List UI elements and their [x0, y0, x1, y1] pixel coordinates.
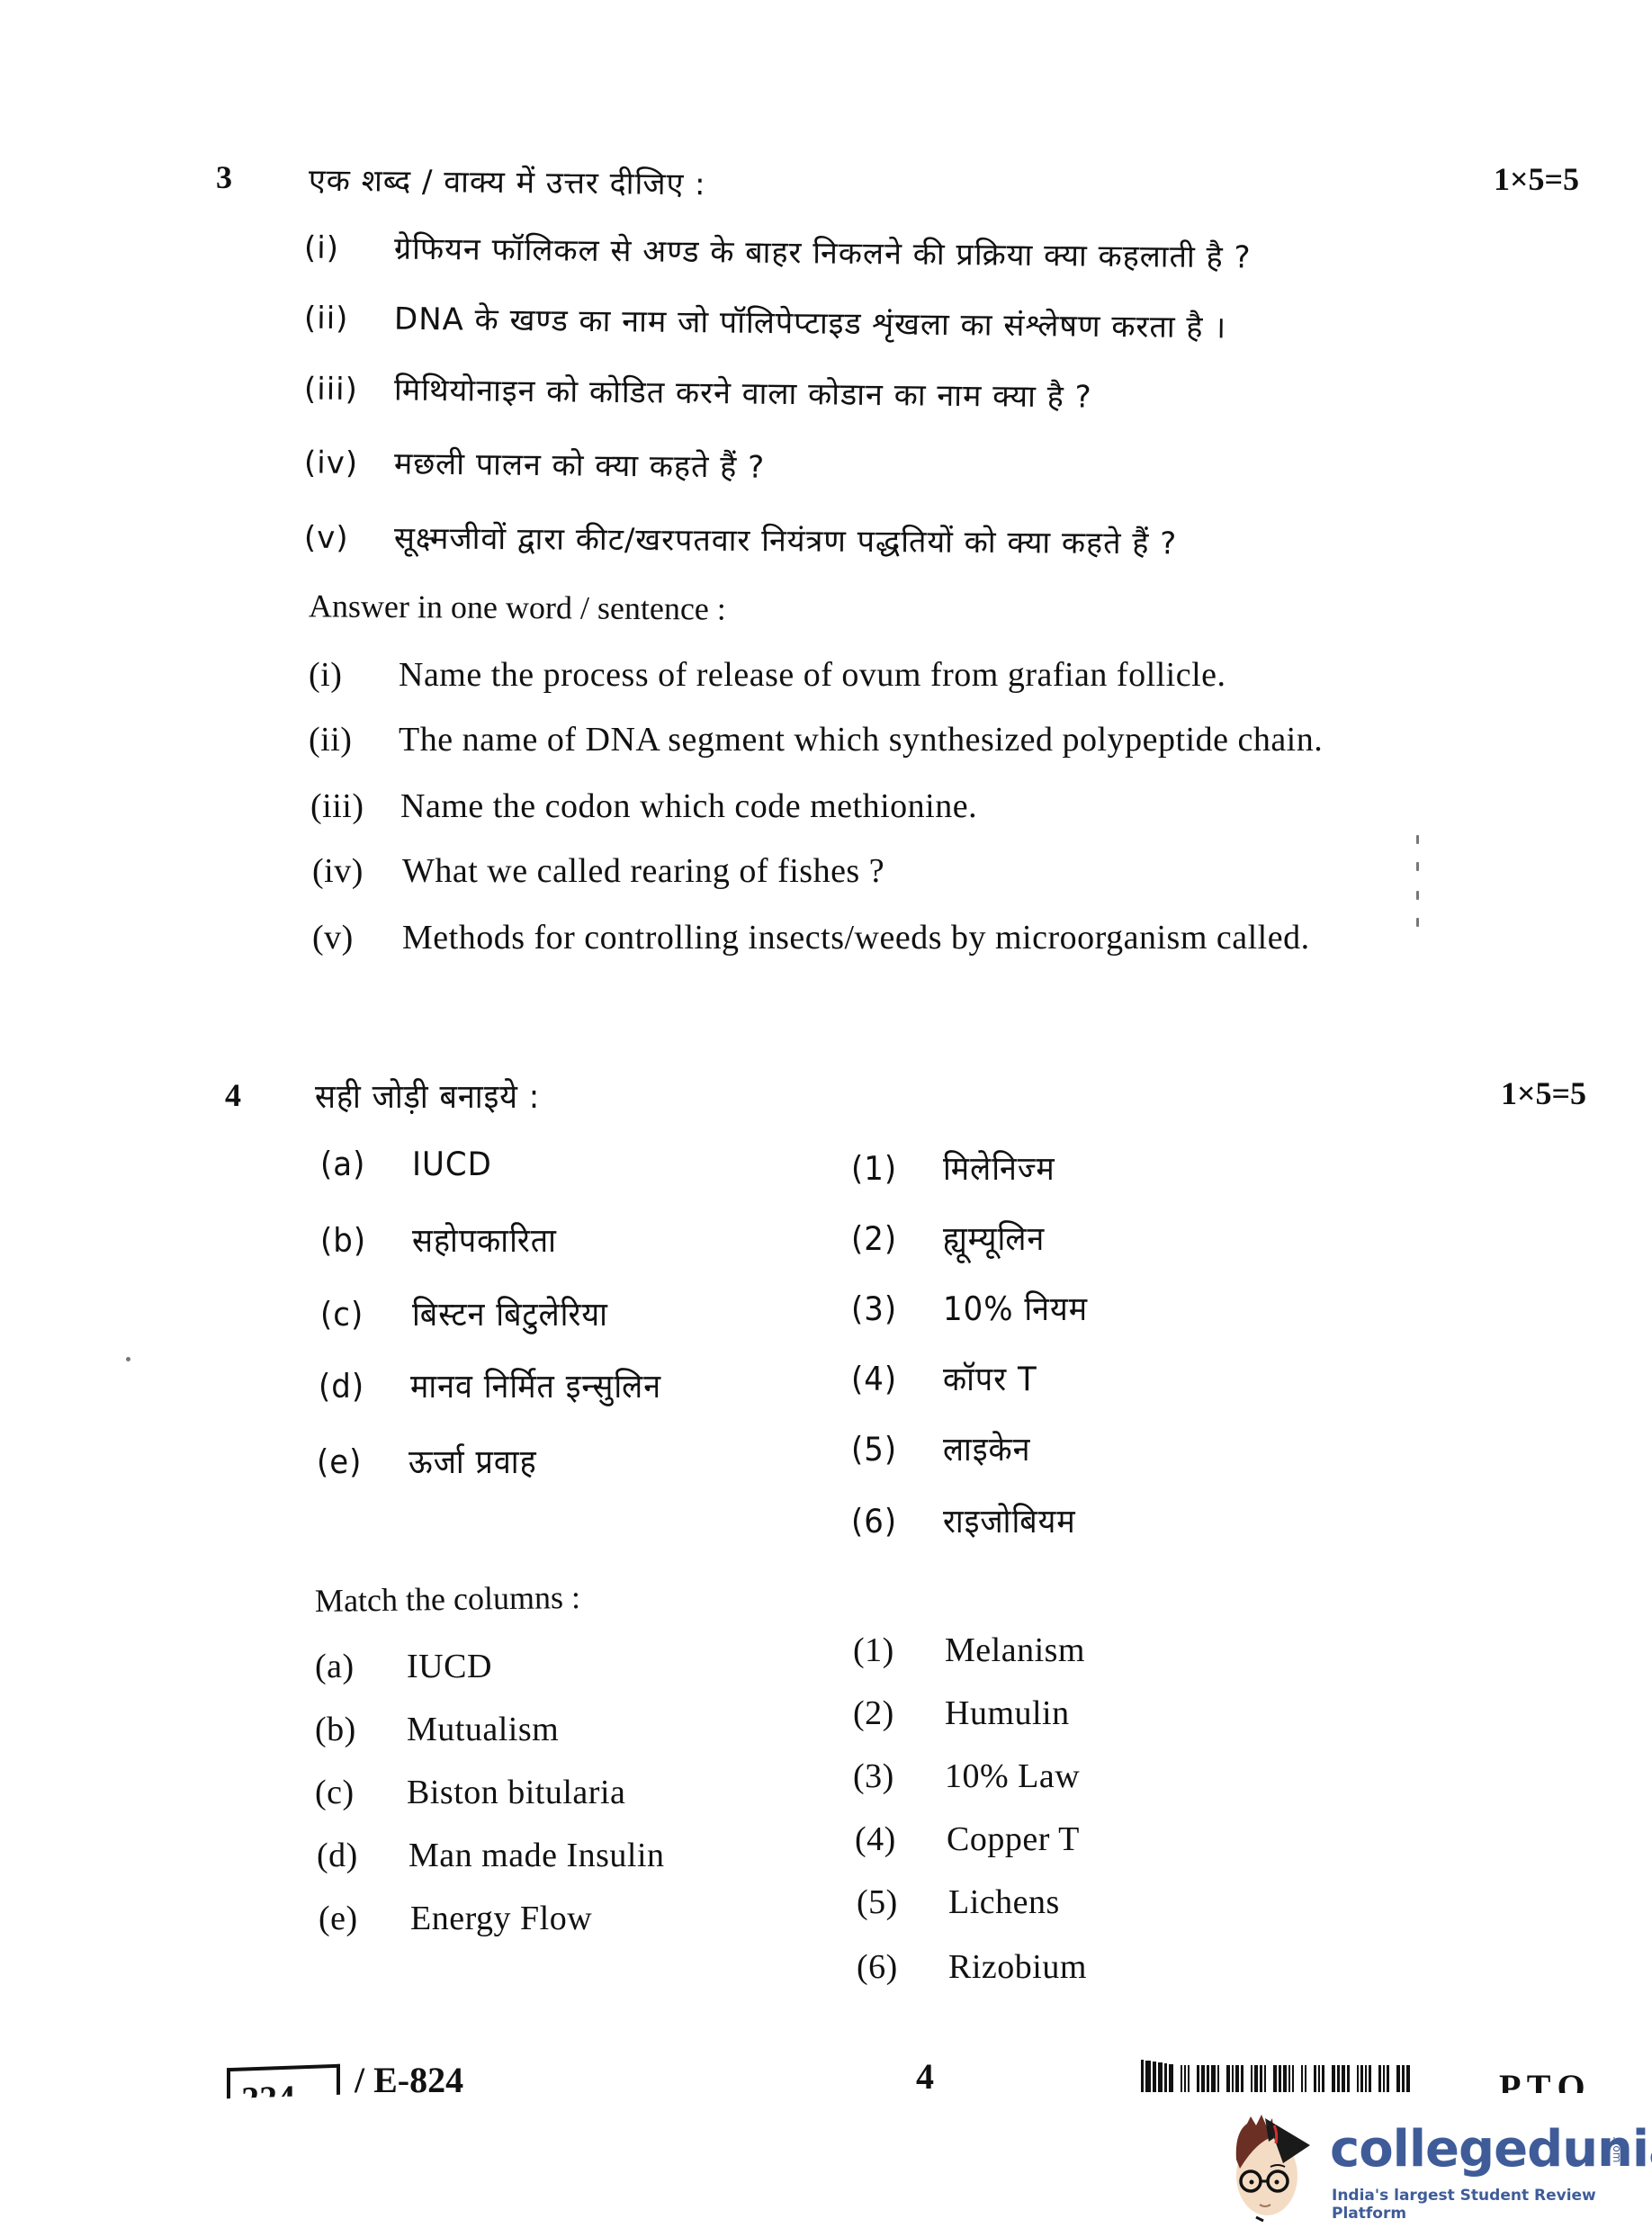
match-text: Man made Insulin — [409, 1837, 665, 1874]
marks-label: 1×5=5 — [1494, 160, 1579, 198]
subquestion-text: Name the codon which code methionine. — [400, 787, 977, 825]
subquestion-label: (iv) — [304, 445, 394, 481]
match-item: (5)Lichens — [857, 1882, 1060, 1922]
subquestion-label: (iv) — [312, 851, 402, 891]
match-item: (c)Biston bitularia — [315, 1773, 625, 1812]
scan-mark — [1416, 862, 1419, 871]
match-item: (6)राइजोबियम — [851, 1497, 1076, 1542]
match-text: ह्यूम्यूलिन — [943, 1220, 1045, 1259]
match-label: (2) — [851, 1220, 943, 1259]
match-label: (5) — [851, 1431, 943, 1469]
subquestion-english: (v)Methods for controlling insects/weeds… — [312, 918, 1310, 957]
match-item: (e)ऊर्जा प्रवाह — [317, 1438, 537, 1483]
subquestion-text: मिथियोनाइन को कोडित करने वाला कोडान का न… — [394, 372, 1092, 415]
match-label: (d) — [317, 1836, 409, 1875]
subquestion-text: Name the process of release of ovum from… — [399, 656, 1226, 694]
subquestion-english: (iii)Name the codon which code methionin… — [310, 786, 977, 826]
marks-label: 1×5=5 — [1501, 1074, 1605, 1112]
brand-name: collegedunia — [1330, 2120, 1652, 2179]
collegedunia-watermark: collegedunia .com India's largest Studen… — [1220, 2106, 1643, 2223]
subquestion-hindi: (iv)मछली पालन को क्या कहते हैं ? — [304, 440, 766, 486]
match-text: Rizobium — [948, 1948, 1087, 1986]
match-text: ऊर्जा प्रवाह — [409, 1443, 537, 1482]
subquestion-english: (ii)The name of DNA segment which synthe… — [309, 720, 1323, 759]
match-label: (b) — [315, 1710, 407, 1749]
match-item: (d)Man made Insulin — [317, 1836, 665, 1875]
match-label: (5) — [857, 1882, 948, 1922]
match-text: मिलेनिज्म — [943, 1150, 1055, 1189]
scan-mark — [1416, 918, 1419, 927]
subquestion-label: (i) — [304, 229, 394, 266]
subquestion-label: (iii) — [304, 371, 394, 408]
question-heading-english: Answer in one word / sentence : — [309, 587, 726, 627]
subquestion-label: (v) — [312, 918, 402, 957]
match-label: (1) — [851, 1150, 943, 1189]
match-text: IUCD — [412, 1145, 492, 1183]
subquestion-label: (ii) — [304, 301, 394, 337]
match-item: (1)Melanism — [853, 1631, 1085, 1670]
match-label: (3) — [851, 1290, 943, 1329]
match-item: (a)IUCD — [320, 1145, 492, 1183]
match-label: (4) — [851, 1361, 943, 1399]
subquestion-label: (iii) — [310, 786, 400, 826]
match-text: Lichens — [948, 1883, 1060, 1921]
subquestion-hindi: (i)ग्रेफियन फॉलिकल से अण्ड के बाहर निकलन… — [304, 225, 1252, 276]
match-label: (3) — [853, 1756, 945, 1796]
subquestion-english: (iv)What we called rearing of fishes ? — [312, 851, 884, 891]
subquestion-label: (i) — [309, 655, 399, 695]
question-number: 4 — [225, 1076, 241, 1114]
subquestion-text: सूक्ष्मजीवों द्वारा कीट/खरपतवार नियंत्रण… — [394, 520, 1178, 561]
match-item: (b)सहोपकारिता — [320, 1217, 557, 1262]
match-label: (a) — [320, 1145, 412, 1183]
match-item: (2)ह्यूम्यूलिन — [851, 1215, 1045, 1260]
mascot-icon — [1220, 2106, 1328, 2223]
match-label: (4) — [855, 1819, 947, 1859]
match-label: (e) — [319, 1899, 410, 1938]
match-label: (6) — [857, 1947, 948, 1987]
match-item: (4)Copper T — [855, 1819, 1080, 1859]
scan-speck — [126, 1357, 130, 1361]
match-item: (2)Humulin — [853, 1693, 1070, 1733]
match-item: (b)Mutualism — [315, 1710, 559, 1749]
match-label: (e) — [317, 1443, 409, 1482]
match-text: Humulin — [945, 1694, 1070, 1732]
subquestion-text: ग्रेफियन फॉलिकल से अण्ड के बाहर निकलने क… — [394, 231, 1252, 276]
match-label: (6) — [851, 1503, 943, 1541]
match-text: मानव निर्मित इन्सुलिन — [410, 1368, 661, 1406]
brand-domain: .com — [1611, 2136, 1623, 2162]
subquestion-text: What we called rearing of fishes ? — [402, 852, 884, 890]
match-text: Melanism — [945, 1631, 1085, 1669]
match-label: (2) — [853, 1693, 945, 1733]
subquestion-text: The name of DNA segment which synthesize… — [399, 721, 1323, 759]
match-label: (a) — [315, 1647, 407, 1686]
match-text: Biston bitularia — [407, 1774, 625, 1811]
subquestion-label: (ii) — [309, 720, 399, 759]
subquestion-hindi: (v)सूक्ष्मजीवों द्वारा कीट/खरपतवार नियंत… — [304, 516, 1178, 563]
match-item: (d)मानव निर्मित इन्सुलिन — [319, 1362, 661, 1407]
match-label: (c) — [320, 1296, 412, 1334]
match-text: कॉपर T — [943, 1361, 1037, 1399]
match-label: (c) — [315, 1773, 407, 1812]
match-item: (6)Rizobium — [857, 1947, 1087, 1987]
subquestion-english: (i)Name the process of release of ovum f… — [309, 655, 1226, 695]
match-text: Energy Flow — [410, 1900, 592, 1937]
match-text: बिस्टन बिटुलेरिया — [412, 1296, 608, 1334]
match-item: (3)10% नियम — [851, 1285, 1088, 1330]
scan-mark — [1416, 835, 1419, 844]
match-label: (1) — [853, 1631, 945, 1670]
match-text: IUCD — [407, 1648, 492, 1685]
subquestion-hindi: (iii)मिथियोनाइन को कोडित करने वाला कोडान… — [304, 366, 1092, 416]
question-number: 3 — [216, 158, 232, 196]
question-heading-hindi: एक शब्द / वाक्य में उत्तर दीजिए : — [309, 158, 706, 204]
match-text: Mutualism — [407, 1711, 559, 1748]
match-item: (5)लाइकेन — [851, 1425, 1031, 1470]
match-item: (a)IUCD — [315, 1647, 492, 1686]
match-label: (b) — [320, 1222, 412, 1261]
subquestion-label: (v) — [304, 520, 394, 557]
match-item: (3)10% Law — [853, 1756, 1080, 1796]
subquestion-text: Methods for controlling insects/weeds by… — [402, 919, 1310, 957]
match-item: (4)कॉपर T — [851, 1355, 1037, 1400]
subquestion-hindi: (ii)DNA के खण्ड का नाम जो पॉलिपेप्टाइड श… — [304, 296, 1227, 347]
subquestion-text: DNA के खण्ड का नाम जो पॉलिपेप्टाइड शृंखल… — [394, 301, 1227, 346]
match-text: 10% Law — [945, 1757, 1080, 1795]
match-item: (c)बिस्टन बिटुलेरिया — [320, 1290, 608, 1335]
match-text: राइजोबियम — [943, 1503, 1076, 1541]
match-text: 10% नियम — [943, 1290, 1088, 1329]
page-number: 4 — [916, 2055, 934, 2098]
match-item: (e)Energy Flow — [319, 1899, 592, 1938]
paper-code: 224 — [241, 2077, 295, 2099]
scan-mark — [1416, 891, 1419, 900]
pto-label: P.T.O. — [1499, 2066, 1594, 2093]
match-text: Copper T — [947, 1820, 1080, 1858]
match-text: सहोपकारिता — [412, 1222, 557, 1261]
paper-code-box: 224 — [227, 2064, 340, 2098]
question-heading-hindi: सही जोड़ी बनाइये : — [315, 1073, 540, 1118]
subquestion-text: मछली पालन को क्या कहते हैं ? — [394, 445, 766, 485]
question-heading-english: Match the columns : — [315, 1578, 581, 1620]
match-item: (1)मिलेनिज्म — [851, 1145, 1055, 1190]
barcode — [1141, 2060, 1410, 2092]
match-label: (d) — [319, 1368, 410, 1406]
paper-id: / E-824 — [355, 2059, 463, 2095]
brand-tagline: India's largest Student Review Platform — [1332, 2187, 1643, 2223]
match-text: लाइकेन — [943, 1431, 1031, 1469]
